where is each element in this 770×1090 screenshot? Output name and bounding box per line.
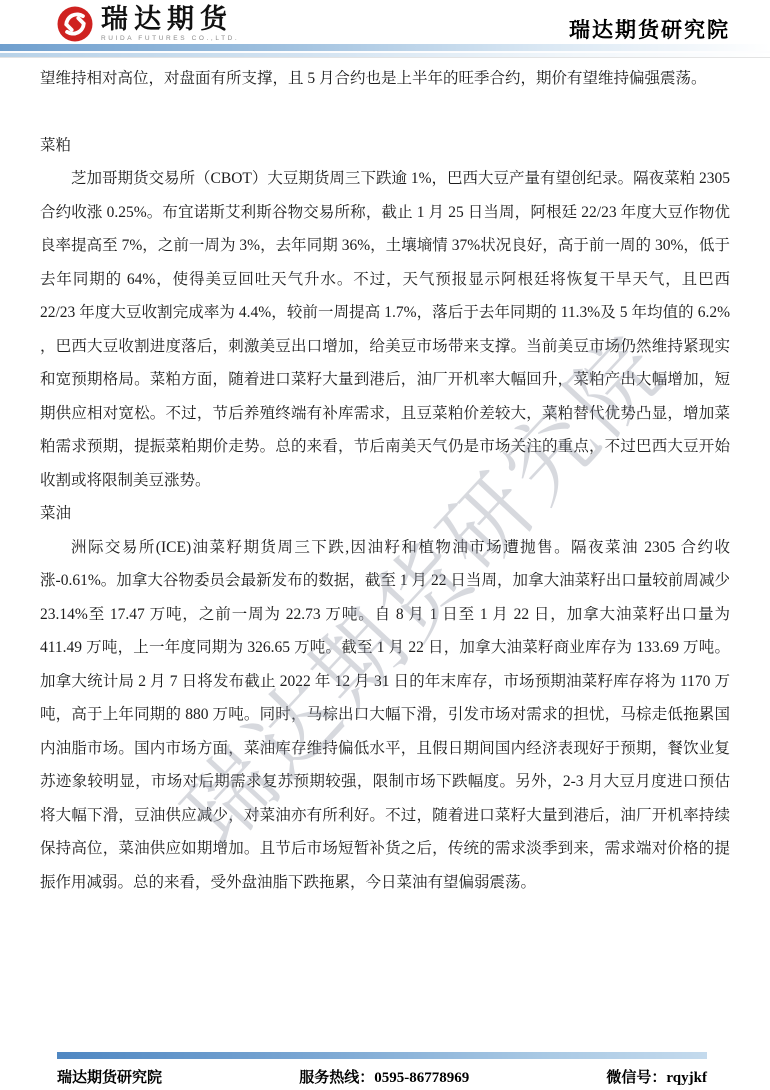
- section-rapeseed-meal: 菜粕 芝加哥期货交易所（CBOT）大豆期货周三下跌逾 1%，巴西大豆产量有望创纪…: [40, 129, 730, 498]
- header-institute-title: 瑞达期货研究院: [569, 14, 730, 44]
- company-logo: 瑞达期货 RUIDA FUTURES CO.,LTD.: [55, 4, 239, 44]
- divider-strip-top: [0, 44, 770, 51]
- report-body: 望维持相对高位，对盘面有所支撑，且 5 月合约也是上半年的旺季合约，期价有望维持…: [40, 62, 730, 899]
- report-page: 瑞达期货 RUIDA FUTURES CO.,LTD. 瑞达期货研究院 望维持相…: [0, 0, 770, 1090]
- section-rapeseed-oil: 菜油 洲际交易所(ICE)油菜籽期货周三下跌,因油籽和植物油市场遭抛售。隔夜菜油…: [40, 497, 730, 899]
- divider-strip-bottom: [0, 53, 770, 57]
- footer-wechat: 微信号：rqyjkf: [606, 1066, 707, 1087]
- section-paragraph-caipo: 芝加哥期货交易所（CBOT）大豆期货周三下跌逾 1%，巴西大豆产量有望创纪录。隔…: [40, 162, 730, 497]
- brand-name-cn: 瑞达期货: [101, 6, 239, 33]
- footer-institute: 瑞达期货研究院: [57, 1066, 162, 1087]
- header-divider-bar: [0, 44, 770, 58]
- brand-text: 瑞达期货 RUIDA FUTURES CO.,LTD.: [101, 6, 239, 43]
- ruida-logo-icon: [55, 4, 95, 44]
- section-paragraph-caiyou: 洲际交易所(ICE)油菜籽期货周三下跌,因油籽和植物油市场遭抛售。隔夜菜油 23…: [40, 531, 730, 900]
- footer-hotline: 服务热线：0595-86778969: [299, 1066, 469, 1087]
- brand-name-en: RUIDA FUTURES CO.,LTD.: [101, 36, 239, 43]
- page-header: 瑞达期货 RUIDA FUTURES CO.,LTD. 瑞达期货研究院: [0, 0, 770, 44]
- section-heading-caipo: 菜粕: [40, 129, 730, 163]
- footer-divider-bar: [57, 1052, 707, 1059]
- intro-paragraph: 望维持相对高位，对盘面有所支撑，且 5 月合约也是上半年的旺季合约，期价有望维持…: [40, 62, 730, 96]
- page-footer: 瑞达期货研究院 服务热线：0595-86778969 微信号：rqyjkf: [57, 1066, 707, 1087]
- section-heading-caiyou: 菜油: [40, 497, 730, 531]
